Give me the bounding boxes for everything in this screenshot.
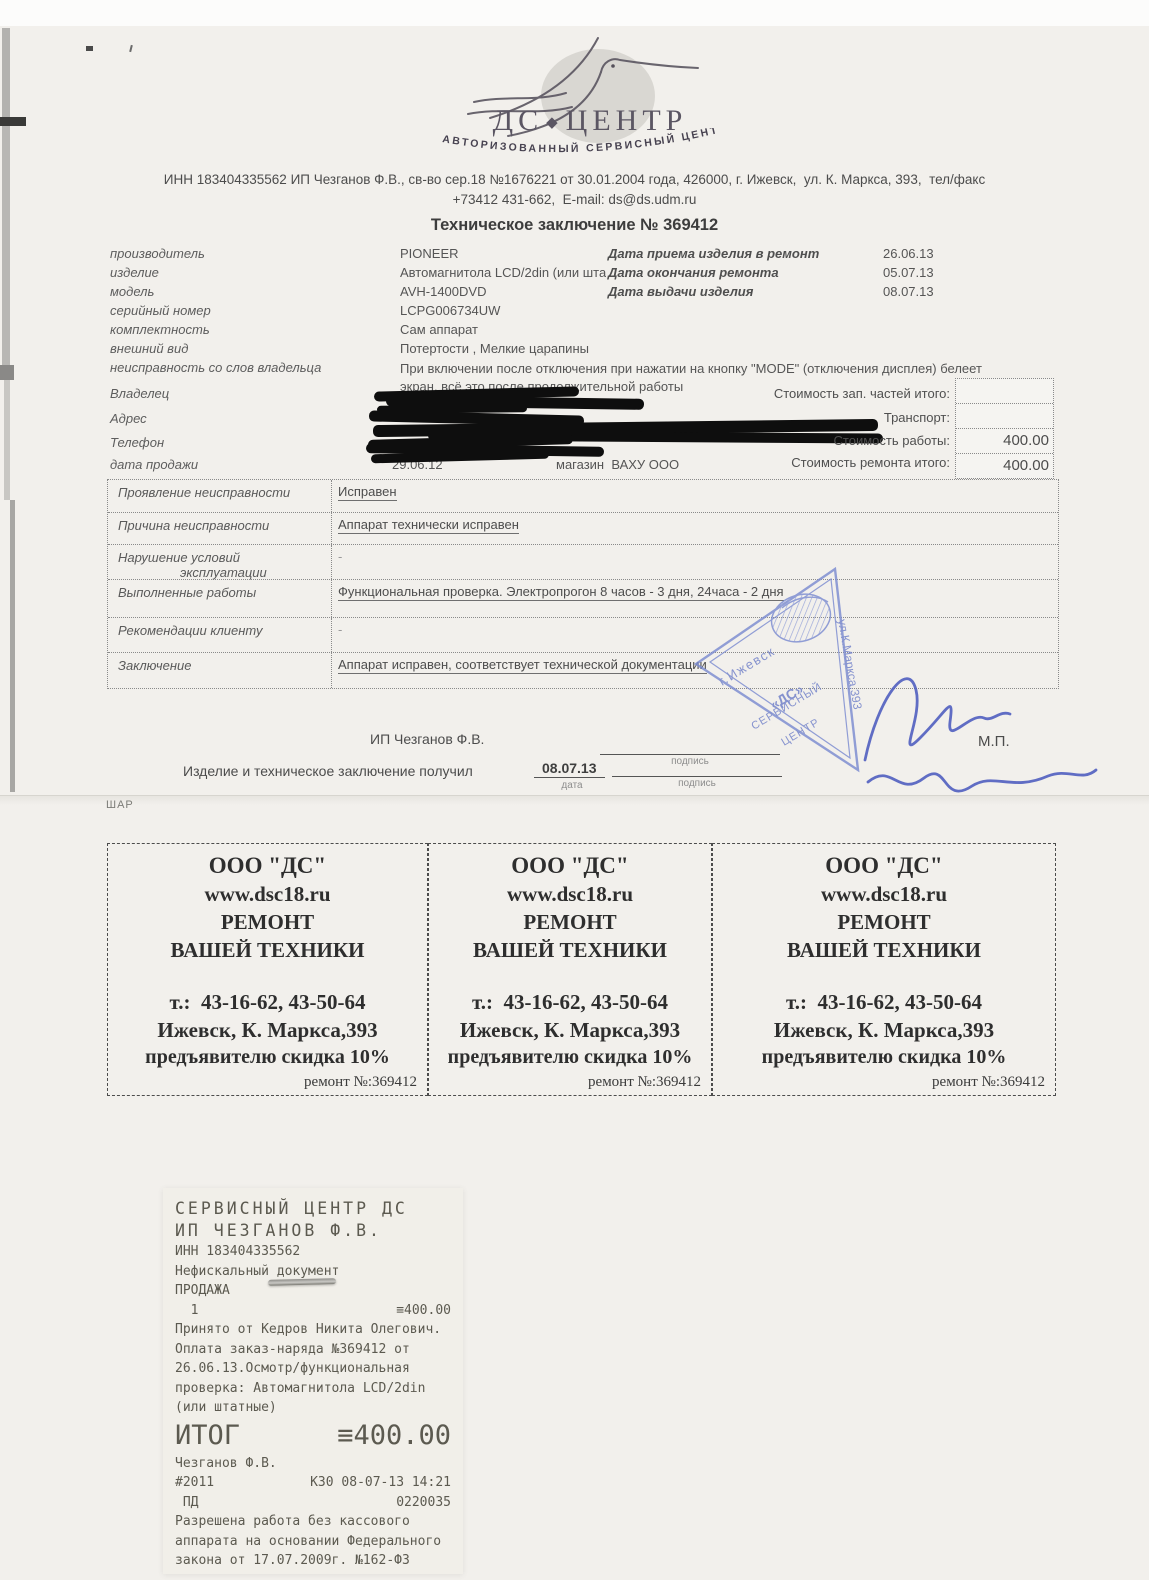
totals-value: 400.00 [956, 454, 1053, 478]
receipt-kkm: К30 08-07-13 14:21 [310, 1473, 451, 1493]
coupon-site: www.dsc18.ru [108, 880, 427, 908]
spec-value: LCPG006734UW [400, 303, 500, 318]
company-name: ИП Чезганов Ф.В. [370, 731, 484, 747]
receipt-cashier: Чезганов Ф.В. [175, 1454, 451, 1474]
signature-line [612, 776, 782, 777]
receipt-body-line: Принято от Кедров Никита Олегович. [175, 1320, 451, 1340]
discount-coupon: ООО "ДС" www.dsc18.ru РЕМОНТ ВАШЕЙ ТЕХНИ… [712, 843, 1056, 1096]
row-label: Проявление неисправности [108, 480, 332, 512]
logo-tagline: АВТОРИЗОВАННЫЙ СЕРВИСНЫЙ ЦЕНТР [438, 128, 720, 155]
spec-row: комплектность Сам аппарат [110, 322, 1050, 341]
receipt-title: СЕРВИСНЫЙ ЦЕНТР ДС [175, 1198, 451, 1220]
spec-value: AVH-1400DVD [400, 284, 486, 299]
coupon-discount: предъявителю скидка 10% [429, 1044, 711, 1071]
coupon-discount: предъявителю скидка 10% [713, 1044, 1055, 1071]
spec-value: Автомагнитола LCD/2din (или штатные [400, 265, 606, 282]
phone-label: Телефон [110, 435, 164, 450]
receipt-doc-no: 0220035 [396, 1493, 451, 1513]
totals-labels: Стоимость зап. частей итого: Транспорт: … [640, 386, 950, 470]
spec-row: внешний вид Потертости , Мелкие царапины [110, 341, 1050, 360]
table-row: Причина неисправности Аппарат технически… [108, 513, 1058, 545]
coupon-line: ВАШЕЙ ТЕХНИКИ [429, 936, 711, 964]
coupon-org: ООО "ДС" [429, 852, 711, 880]
totals-value: 400.00 [956, 429, 1053, 454]
coupon-phones: т.: 43-16-62, 43-50-64 [108, 988, 427, 1016]
received-label: Изделие и техническое заключение получил [183, 763, 473, 779]
row-label: Заключение [108, 653, 332, 688]
fold-note: ШАР [106, 799, 134, 811]
date-label: Дата выдачи изделия [608, 284, 753, 299]
spec-label: изделие [110, 265, 159, 280]
scan-artifact [0, 365, 14, 380]
row-value: Исправен [332, 480, 1058, 512]
received-date: 08.07.13 [534, 760, 605, 778]
table-row: Выполненные работы Функциональная провер… [108, 580, 1058, 618]
totals-label: Стоимость ремонта итого: [640, 455, 950, 470]
receipt-body-line: проверка: Автомагнитола LCD/2din [175, 1379, 451, 1399]
coupon-repair-no: ремонт №:369412 [108, 1074, 427, 1091]
receipt-body-line: (или штатные) [175, 1398, 451, 1418]
coupon-repair-no: ремонт №:369412 [713, 1074, 1055, 1091]
receipt-qty: 1 [175, 1301, 198, 1321]
date-caption: дата [534, 780, 610, 791]
dates-block: Дата приема изделия в ремонт 26.06.13 Да… [608, 246, 1028, 303]
receipt-reg-row: #2011 К30 08-07-13 14:21 [175, 1473, 451, 1493]
spec-label: производитель [110, 246, 205, 261]
totals-label: Стоимость работы: [640, 433, 950, 448]
logo-tagline-arc: АВТОРИЗОВАННЫЙ СЕРВИСНЫЙ ЦЕНТР [438, 128, 723, 170]
spec-label: комплектность [110, 322, 210, 337]
scan-speck [86, 46, 93, 51]
totals-value [956, 379, 1053, 404]
receipt-body-line: 26.06.13.Осмотр/функциональная [175, 1359, 451, 1379]
receipt-footer-line: Разрешена работа без кассового [175, 1512, 451, 1532]
row-label: Причина неисправности [108, 513, 332, 544]
receipt-qty-row: 1 ≡400.00 [175, 1301, 451, 1321]
scan-artifact [10, 500, 15, 792]
coupon-site: www.dsc18.ru [713, 880, 1055, 908]
scanned-service-document: ДС◆ЦЕНТР АВТОРИЗОВАННЫЙ СЕРВИСНЫЙ ЦЕНТР … [0, 0, 1149, 1580]
spec-label: модель [110, 284, 154, 299]
row-label: Нарушение условийэксплуатации [108, 545, 332, 579]
spec-label: внешний вид [110, 341, 188, 356]
scan-top-strip [0, 0, 1149, 26]
scan-artifact [2, 126, 10, 365]
coupon-address: Ижевск, К. Маркса,393 [713, 1016, 1055, 1044]
row-label: Выполненные работы [108, 580, 332, 617]
date-value: 08.07.13 [883, 284, 934, 299]
discount-coupon: ООО "ДС" www.dsc18.ru РЕМОНТ ВАШЕЙ ТЕХНИ… [107, 843, 428, 1096]
receipt-pd-row: ПД 0220035 [175, 1493, 451, 1513]
scan-artifact [2, 28, 10, 118]
spec-value: Сам аппарат [400, 322, 478, 337]
receipt-inn: ИНН 183404335562 [175, 1242, 451, 1262]
totals-box: 400.00 400.00 [955, 378, 1054, 479]
coupon-org: ООО "ДС" [108, 852, 427, 880]
header-line2: +73412 431-662, E-mail: ds@ds.udm.ru [0, 192, 1149, 207]
table-row: Нарушение условийэксплуатации - [108, 545, 1058, 580]
date-value: 05.07.13 [883, 265, 934, 280]
header-line1: ИНН 183404335562 ИП Чезганов Ф.В., св-во… [0, 172, 1149, 187]
coupon-line: РЕМОНТ [108, 908, 427, 936]
handwritten-signatures [820, 650, 1120, 810]
scan-speck [129, 45, 133, 52]
row-value: Аппарат технически исправен [332, 513, 1058, 544]
coupon-org: ООО "ДС" [713, 852, 1055, 880]
table-row: Проявление неисправности Исправен [108, 480, 1058, 513]
date-row: Дата приема изделия в ремонт 26.06.13 [608, 246, 1028, 265]
receipt-reg-no: #2011 [175, 1473, 214, 1493]
stamp-city: г.Ижевск [716, 643, 778, 688]
date-label: Дата окончания ремонта [608, 265, 779, 280]
receipt-title: ИП ЧЕЗГАНОВ Ф.В. [175, 1220, 451, 1242]
coupon-phones: т.: 43-16-62, 43-50-64 [713, 988, 1055, 1016]
receipt-body-line: Оплата заказ-наряда №369412 от [175, 1340, 451, 1360]
owner-label: Владелец [110, 386, 169, 401]
date-row: Дата окончания ремонта 05.07.13 [608, 265, 1028, 284]
coupon-repair-no: ремонт №:369412 [429, 1074, 711, 1091]
spec-row: серийный номер LCPG006734UW [110, 303, 1050, 322]
coupon-address: Ижевск, К. Маркса,393 [429, 1016, 711, 1044]
stamp-place-label: М.П. [978, 733, 1010, 750]
coupon-phones: т.: 43-16-62, 43-50-64 [429, 988, 711, 1016]
date-value: 26.06.13 [883, 246, 934, 261]
scan-artifact [0, 117, 26, 126]
coupon-line: РЕМОНТ [429, 908, 711, 936]
receipt-total-value: ≡400.00 [337, 1418, 451, 1454]
signature-line [600, 754, 780, 755]
receipt-footer-line: закона от 17.07.2009г. №162-ФЗ [175, 1551, 451, 1571]
spec-row: неисправность со слов владельца При вклю… [110, 360, 1050, 379]
signature-caption: подпись [600, 756, 780, 767]
sale-date-label: дата продажи [110, 457, 198, 472]
coupon-line: ВАШЕЙ ТЕХНИКИ [108, 936, 427, 964]
spec-label: неисправность со слов владельца [110, 360, 321, 375]
date-label: Дата приема изделия в ремонт [608, 246, 819, 261]
table-row: Рекомендации клиенту - [108, 618, 1058, 653]
receipt-footer-line: аппарата на основании Федерального [175, 1532, 451, 1552]
cash-receipt: СЕРВИСНЫЙ ЦЕНТР ДС ИП ЧЕЗГАНОВ Ф.В. ИНН … [163, 1188, 463, 1574]
spec-label: серийный номер [110, 303, 211, 318]
page-title: Техническое заключение № 369412 [0, 216, 1149, 235]
svg-text:АВТОРИЗОВАННЫЙ СЕРВИСНЫЙ ЦЕНТР: АВТОРИЗОВАННЫЙ СЕРВИСНЫЙ ЦЕНТР [438, 128, 720, 155]
date-row: Дата выдачи изделия 08.07.13 [608, 284, 1028, 303]
stamp-line3: ЦЕНТР [779, 716, 822, 748]
signature-caption: подпись [612, 778, 782, 789]
coupon-discount: предъявителю скидка 10% [108, 1044, 427, 1071]
totals-value [956, 404, 1053, 429]
totals-label: Стоимость зап. частей итого: [640, 386, 950, 401]
coupon-address: Ижевск, К. Маркса,393 [108, 1016, 427, 1044]
totals-label: Транспорт: [640, 410, 950, 425]
discount-coupon: ООО "ДС" www.dsc18.ru РЕМОНТ ВАШЕЙ ТЕХНИ… [428, 843, 712, 1096]
coupon-line: ВАШЕЙ ТЕХНИКИ [713, 936, 1055, 964]
receipt-pd: ПД [175, 1493, 198, 1513]
receipt-total-row: ИТОГ ≡400.00 [175, 1418, 451, 1454]
coupon-site: www.dsc18.ru [429, 880, 711, 908]
spec-value: Потертости , Мелкие царапины [400, 341, 589, 356]
row-label: Рекомендации клиенту [108, 618, 332, 652]
fold-line [0, 795, 1149, 805]
spec-value: PIONEER [400, 246, 459, 261]
receipt-amount: ≡400.00 [396, 1301, 451, 1321]
coupon-line: РЕМОНТ [713, 908, 1055, 936]
scan-artifact [4, 380, 10, 500]
address-label: Адрес [110, 411, 147, 426]
receipt-total-label: ИТОГ [175, 1418, 240, 1454]
